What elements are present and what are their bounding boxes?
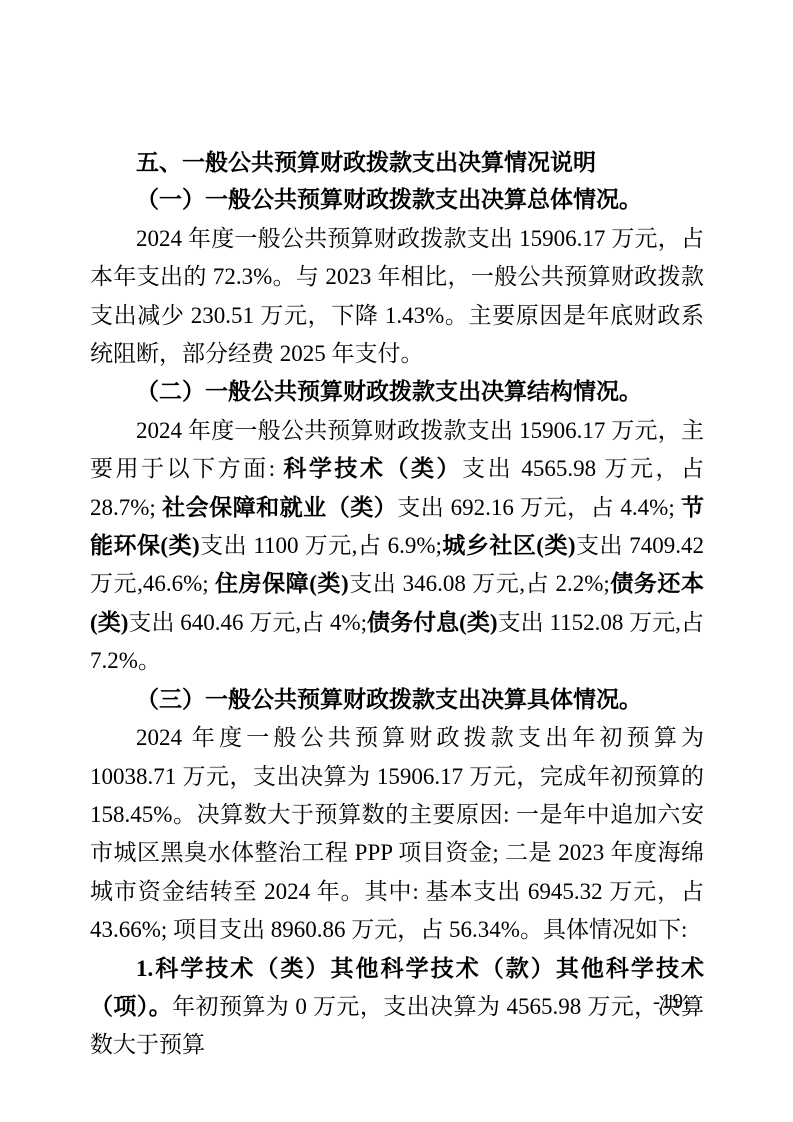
para-item-1-science-technology: 1.科学技术（类）其他科学技术（款）其他科学技术（项）。年初预算为 0 万元，支… — [90, 950, 704, 1065]
document-page: 五、一般公共预算财政拨款支出决算情况说明（一）一般公共预算财政拨款支出决算总体情… — [0, 0, 793, 1122]
subsection-heading-3: （三）一般公共预算财政拨款支出决算具体情况。 — [90, 681, 704, 719]
para-structure: 2024 年度一般公共预算财政拨款支出 15906.17 万元，主要用于以下方面… — [90, 412, 704, 681]
bold-text-run: 债务付息(类) — [367, 610, 498, 635]
text-run: 支出 346.08 万元,占 2.2%; — [349, 571, 610, 596]
subsection-heading-1: （一）一般公共预算财政拨款支出决算总体情况。 — [90, 181, 704, 219]
bold-text-run: 五、一般公共预算财政拨款支出决算情况说明 — [136, 149, 596, 175]
text-run: 2024 年度一般公共预算财政拨款支出年初预算为 10038.71 万元，支出决… — [90, 725, 704, 942]
bold-text-run: （三）一般公共预算财政拨款支出决算具体情况。 — [136, 687, 642, 712]
bold-text-run: （二）一般公共预算财政拨款支出决算结构情况。 — [136, 379, 642, 404]
text-run: 年初预算为 0 万元，支出决算为 4565.98 万元，决算数大于预算 — [90, 994, 704, 1057]
para-overall-situation: 2024 年度一般公共预算财政拨款支出 15906.17 万元，占本年支出的 7… — [90, 220, 704, 374]
text-run: 2024 年度一般公共预算财政拨款支出 15906.17 万元，占本年支出的 7… — [90, 226, 704, 366]
bold-text-run: 住房保障(类) — [215, 571, 349, 596]
bold-text-run: （一）一般公共预算财政拨款支出决算总体情况。 — [136, 187, 642, 212]
bold-text-run: 社会保障和就业（类） — [162, 495, 397, 520]
text-run: 支出 692.16 万元，占 4.4%; — [397, 495, 681, 520]
para-specific-situation: 2024 年度一般公共预算财政拨款支出年初预算为 10038.71 万元，支出决… — [90, 719, 704, 949]
text-run: 支出 1100 万元,占 6.9%; — [200, 533, 442, 558]
text-run: 支出 640.46 万元,占 4%; — [128, 610, 367, 635]
document-content: 五、一般公共预算财政拨款支出决算情况说明（一）一般公共预算财政拨款支出决算总体情… — [90, 143, 704, 1065]
subsection-heading-2: （二）一般公共预算财政拨款支出决算结构情况。 — [90, 373, 704, 411]
page-number: -19- — [653, 989, 692, 1013]
bold-text-run: 城乡社区(类) — [442, 533, 576, 558]
section-heading: 五、一般公共预算财政拨款支出决算情况说明 — [90, 143, 704, 181]
bold-text-run: 科学技术（类） — [283, 456, 462, 481]
